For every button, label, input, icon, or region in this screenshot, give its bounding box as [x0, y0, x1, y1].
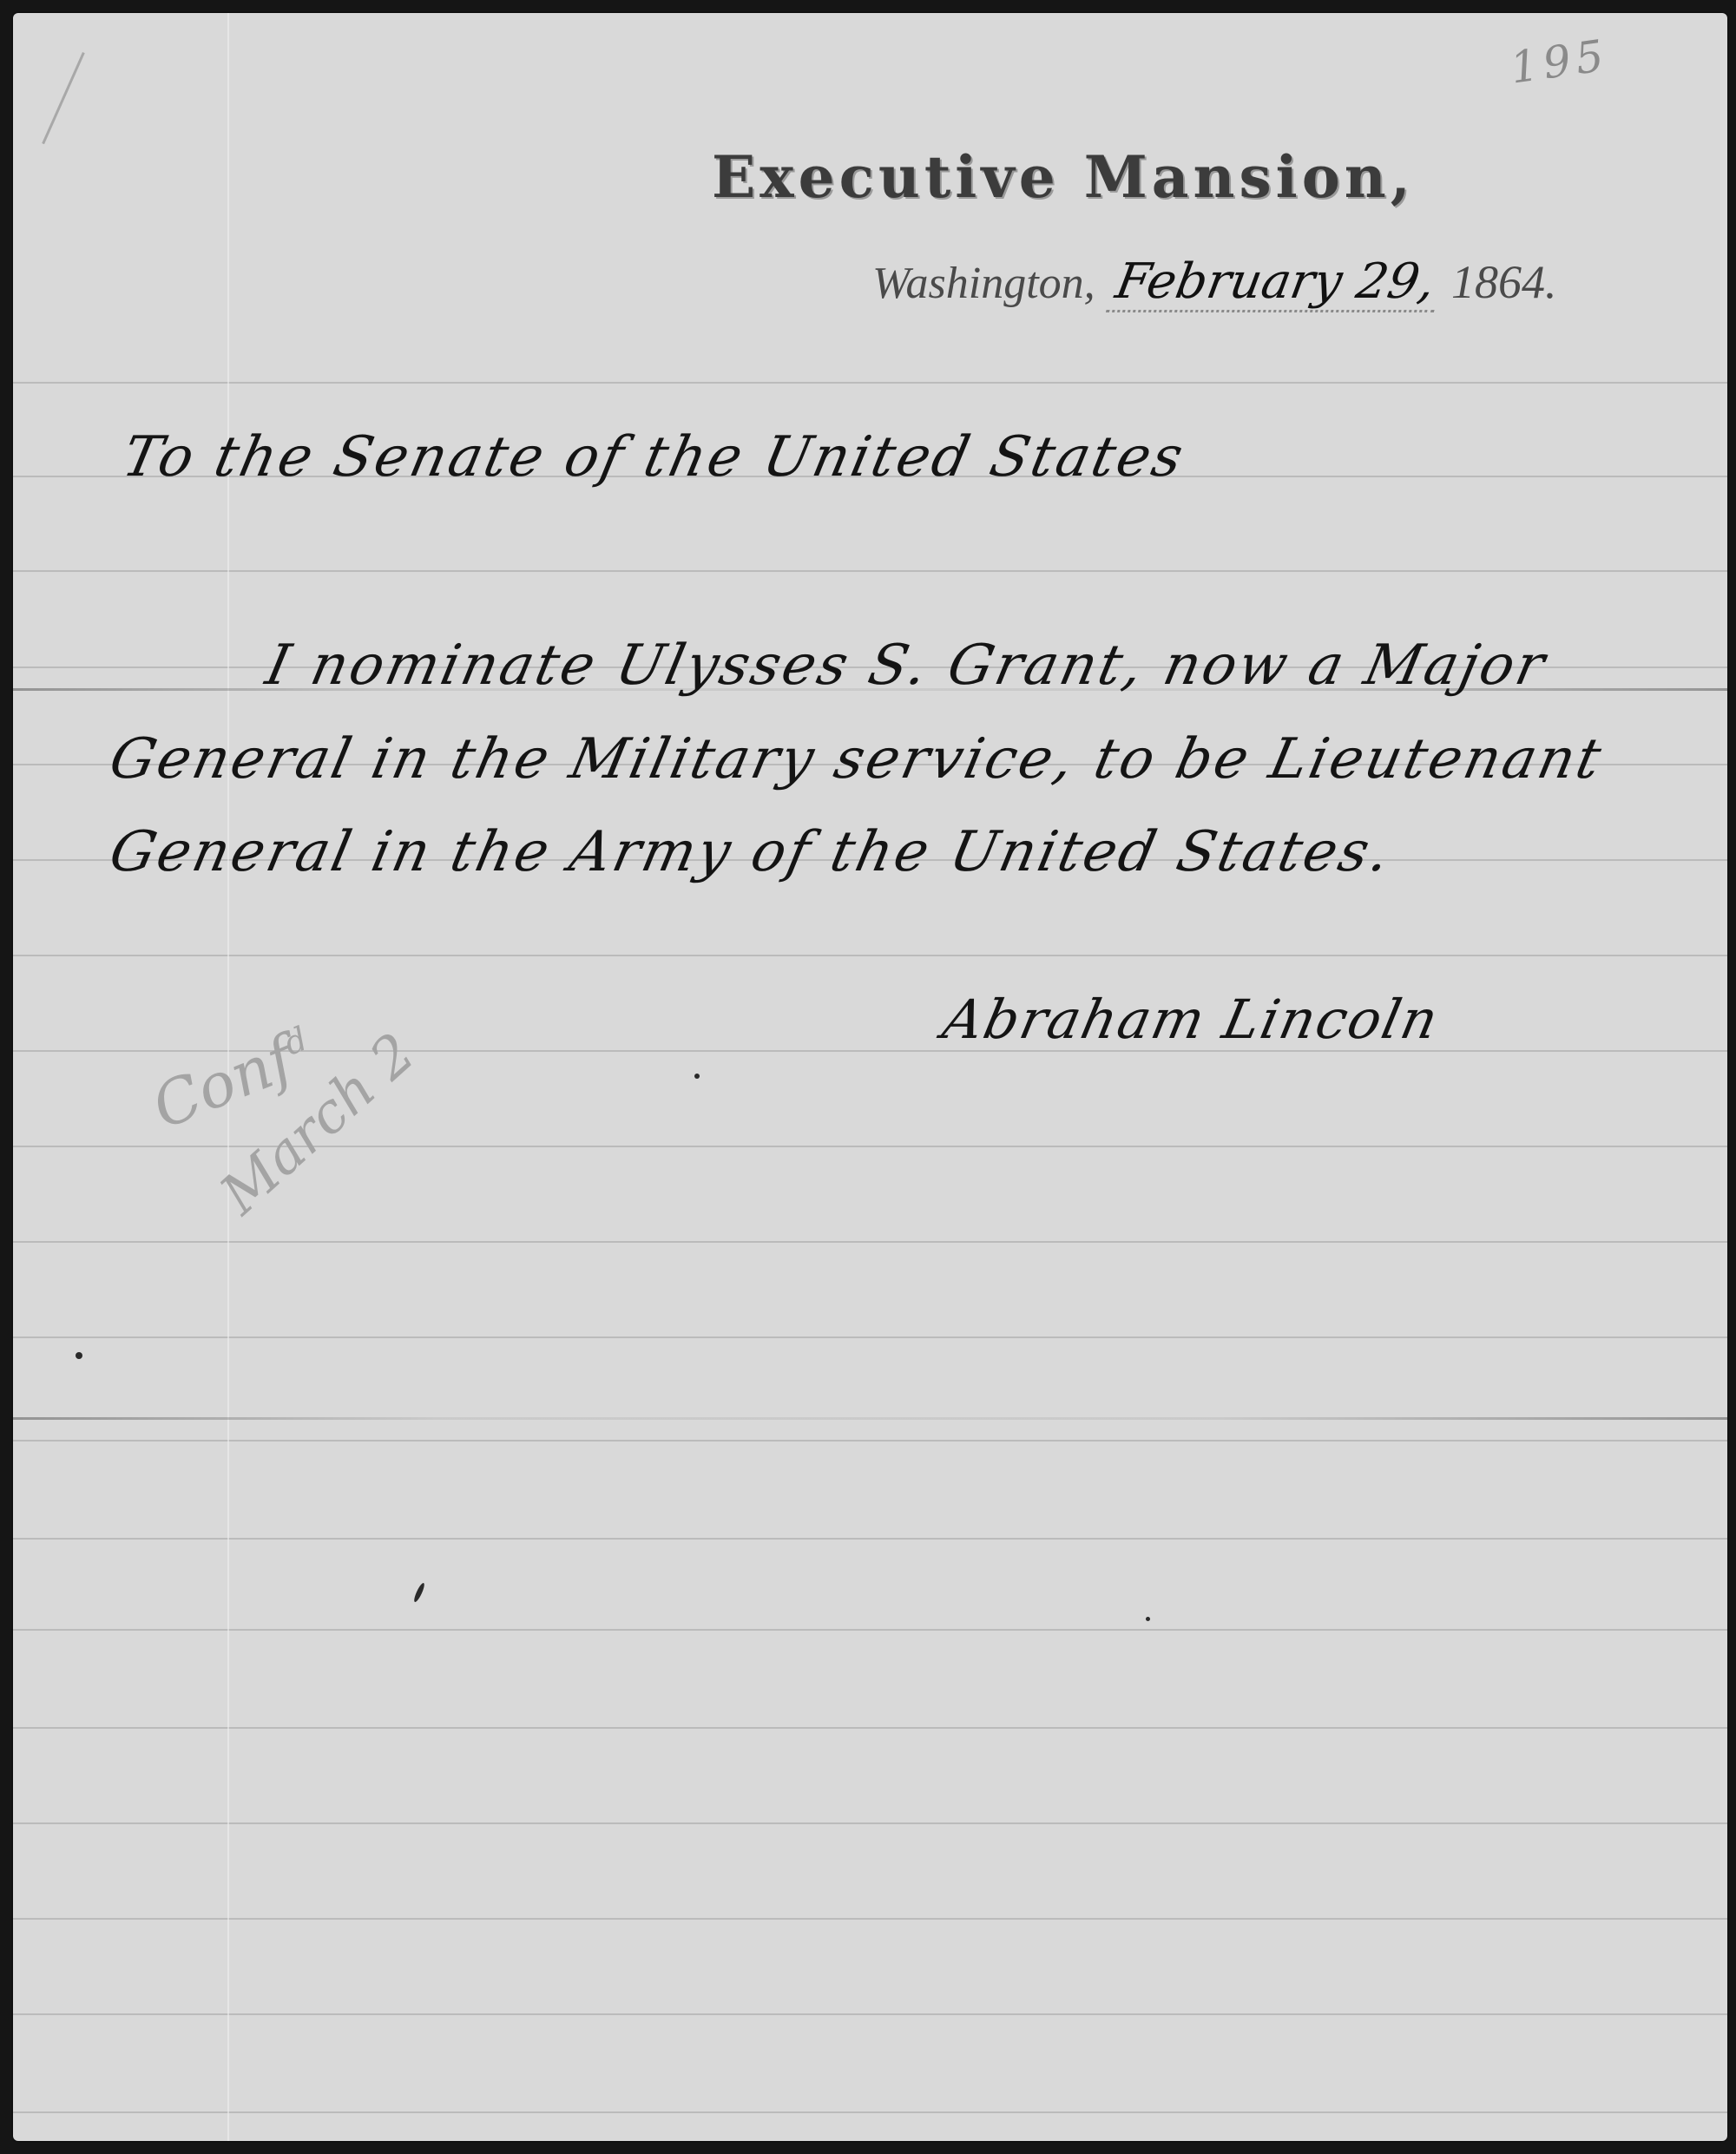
- ruled-line: [13, 955, 1727, 956]
- ruled-line: [13, 1336, 1727, 1338]
- body-line: General in the Military service, to be L…: [104, 727, 1609, 791]
- body-line: General in the Army of the United States…: [104, 820, 1397, 884]
- dateline-year: 1864.: [1451, 255, 1557, 309]
- letterhead-title: Executive Mansion,: [712, 143, 1415, 211]
- ruled-line: [13, 382, 1727, 384]
- ruled-line: [13, 1629, 1727, 1631]
- ink-speck: [412, 1582, 426, 1603]
- body-line: I nominate Ulysses S. Grant, now a Major: [260, 634, 1553, 698]
- ruled-line: [13, 1538, 1727, 1540]
- ruled-line: [13, 570, 1727, 572]
- ruled-line: [13, 2013, 1727, 2015]
- dateline-city: Washington,: [872, 258, 1095, 309]
- ink-speck: [76, 1352, 82, 1359]
- ruled-line: [13, 1241, 1727, 1243]
- ruled-line: [13, 1440, 1727, 1441]
- salutation: To the Senate of the United States: [117, 425, 1191, 489]
- signature: Abraham Lincoln: [937, 988, 1445, 1051]
- fold-line: [13, 1417, 1727, 1420]
- ruled-line: [13, 2111, 1727, 2113]
- ink-speck: [694, 1074, 700, 1079]
- ruled-line: [13, 1727, 1727, 1729]
- dateline-handwritten-date: February 29,: [1106, 253, 1444, 312]
- paper-crease: [42, 52, 85, 144]
- ink-speck: [1146, 1617, 1150, 1621]
- dateline: Washington, February 29, 1864.: [872, 253, 1556, 312]
- ruled-line: [13, 1918, 1727, 1920]
- ruled-line: [13, 1822, 1727, 1824]
